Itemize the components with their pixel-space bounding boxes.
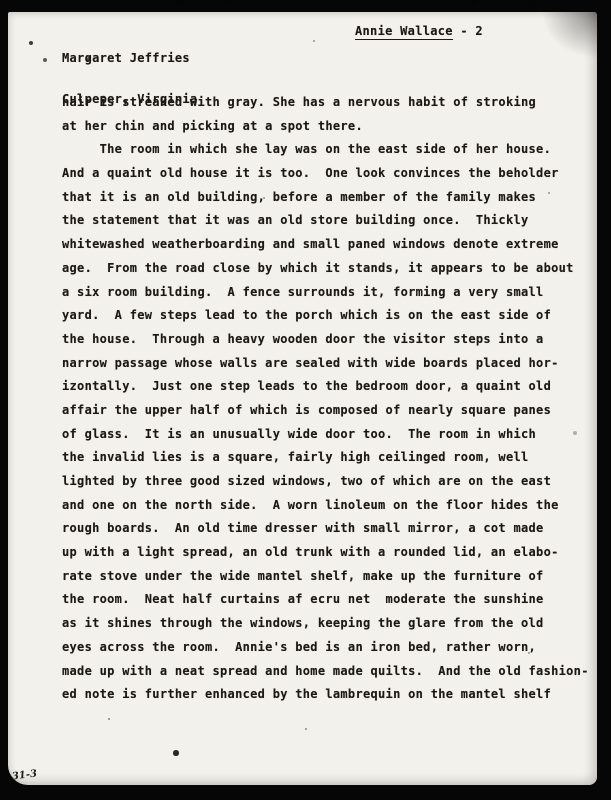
typewritten-line: affair the upper half of which is compos… [62,399,598,423]
typewritten-line: whitewashed weatherboarding and small pa… [62,233,598,257]
typewritten-line: hair is streaked with gray. She has a ne… [62,91,598,115]
typewritten-line: that it is an old building, before a mem… [62,186,598,210]
typewritten-line: rate stove under the wide mantel shelf, … [62,565,598,589]
typewritten-line: eyes across the room. Annie's bed is an … [62,636,598,660]
header-author-name: Margaret Jeffries [62,52,197,66]
archival-margin-note: 31-3 [11,769,37,783]
paper-noise-specks [8,12,10,14]
typewritten-line: izontally. Just one step leads to the be… [62,375,598,399]
typewritten-line: made up with a neat spread and home made… [62,660,598,684]
typewritten-line: the house. Through a heavy wooden door t… [62,328,598,352]
typewritten-line: the statement that it was an old store b… [62,209,598,233]
document-page: Margaret Jeffries Culpeper, Virginia Ann… [8,12,597,785]
typewritten-line: up with a light spread, an old trunk wit… [62,541,598,565]
typewritten-line: And a quaint old house it is too. One lo… [62,162,598,186]
typewritten-line: the invalid lies is a square, fairly hig… [62,446,598,470]
header-subject-name: Annie Wallace [355,24,453,40]
typewritten-line: and one on the north side. A worn linole… [62,494,598,518]
typewritten-line: of glass. It is an unusually wide door t… [62,423,598,447]
typewritten-line: narrow passage whose walls are sealed wi… [62,352,598,376]
typewritten-body: hair is streaked with gray. She has a ne… [62,91,598,707]
typewritten-line: rough boards. An old time dresser with s… [62,517,598,541]
typewritten-line: at her chin and picking at a spot there. [62,115,598,139]
typewritten-line: the room. Neat half curtains af ecru net… [62,588,598,612]
scan-corner-shading [537,12,597,62]
header-title-page: Annie Wallace - 2 [355,25,483,39]
typewritten-line: as it shines through the windows, keepin… [62,612,598,636]
typewritten-line: a six room building. A fence surrounds i… [62,281,598,305]
header-page-number: - 2 [453,24,483,38]
typewritten-line: yard. A few steps lead to the porch whic… [62,304,598,328]
typewritten-line: age. From the road close by which it sta… [62,257,598,281]
typewritten-line: lighted by three good sized windows, two… [62,470,598,494]
scanned-document-screenshot: Margaret Jeffries Culpeper, Virginia Ann… [0,0,611,800]
typewritten-line: The room in which she lay was on the eas… [62,138,598,162]
typewritten-line: ed note is further enhanced by the lambr… [62,683,598,707]
